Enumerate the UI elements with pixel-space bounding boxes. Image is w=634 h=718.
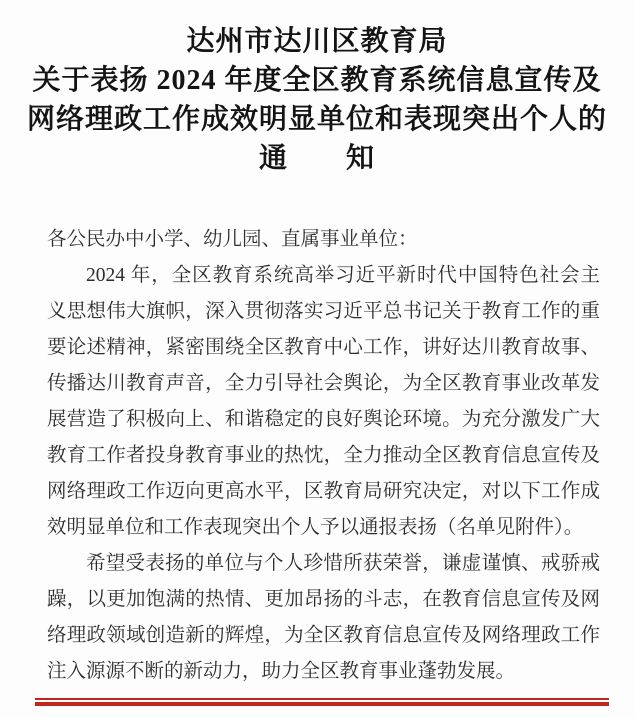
paragraph-line: 2024 年，全区教育系统高举习近平新时代中国特色社会主 [47, 258, 600, 294]
paragraph-line: 传播达川教育声音，全力引导社会舆论，为全区教育事业改革发 [47, 366, 600, 402]
document-title: 达州市达川区教育局 关于表扬 2024 年度全区教育系统信息宣传及 网络理政工作… [0, 0, 634, 178]
paragraph-line: 展营造了积极向上、和谐稳定的良好舆论环境。为充分激发广大 [47, 402, 600, 438]
paragraph-line: 希望受表扬的单位与个人珍惜所获荣誉，谦虚谨慎、戒骄戒 [47, 546, 600, 582]
paragraph-2: 希望受表扬的单位与个人珍惜所获荣誉，谦虚谨慎、戒骄戒躁，以更加饱满的热情、更加昂… [47, 546, 600, 690]
paragraph-1: 2024 年，全区教育系统高举习近平新时代中国特色社会主义思想伟大旗帜，深入贯彻… [47, 258, 600, 546]
paragraph-line: 义思想伟大旗帜，深入贯彻落实习近平总书记关于教育工作的重 [47, 294, 600, 330]
red-divider-line [35, 698, 609, 706]
title-line-subject-2: 网络理政工作成效明显单位和表现突出个人的 [0, 100, 634, 139]
salutation: 各公民办中小学、幼儿园、直属事业单位： [47, 222, 600, 258]
document-page: 达州市达川区教育局 关于表扬 2024 年度全区教育系统信息宣传及 网络理政工作… [0, 0, 634, 718]
divider-thick-rule [35, 702, 609, 706]
paragraph-line: 要论述精神，紧密围绕全区教育中心工作，讲好达川教育故事、 [47, 330, 600, 366]
paragraph-line: 网络理政工作迈向更高水平，区教育局研究决定，对以下工作成 [47, 474, 600, 510]
divider-thin-rule [35, 698, 609, 700]
title-line-subject-1: 关于表扬 2024 年度全区教育系统信息宣传及 [0, 61, 634, 100]
title-line-issuer: 达州市达川区教育局 [0, 22, 634, 61]
paragraph-line: 络理政领域创造新的辉煌，为全区教育信息宣传及网络理政工作 [47, 618, 600, 654]
paragraph-line: 教育工作者投身教育事业的热忱，全力推动全区教育信息宣传及 [47, 438, 600, 474]
paragraph-line: 注入源源不断的新动力，助力全区教育事业蓬勃发展。 [47, 654, 600, 690]
paragraph-line: 躁，以更加饱满的热情、更加昂扬的斗志，在教育信息宣传及网 [47, 582, 600, 618]
document-body: 各公民办中小学、幼儿园、直属事业单位： 2024 年，全区教育系统高举习近平新时… [47, 222, 600, 690]
title-line-notice: 通 知 [0, 139, 634, 178]
paragraph-line: 效明显单位和工作表现突出个人予以通报表扬（名单见附件）。 [47, 510, 600, 546]
